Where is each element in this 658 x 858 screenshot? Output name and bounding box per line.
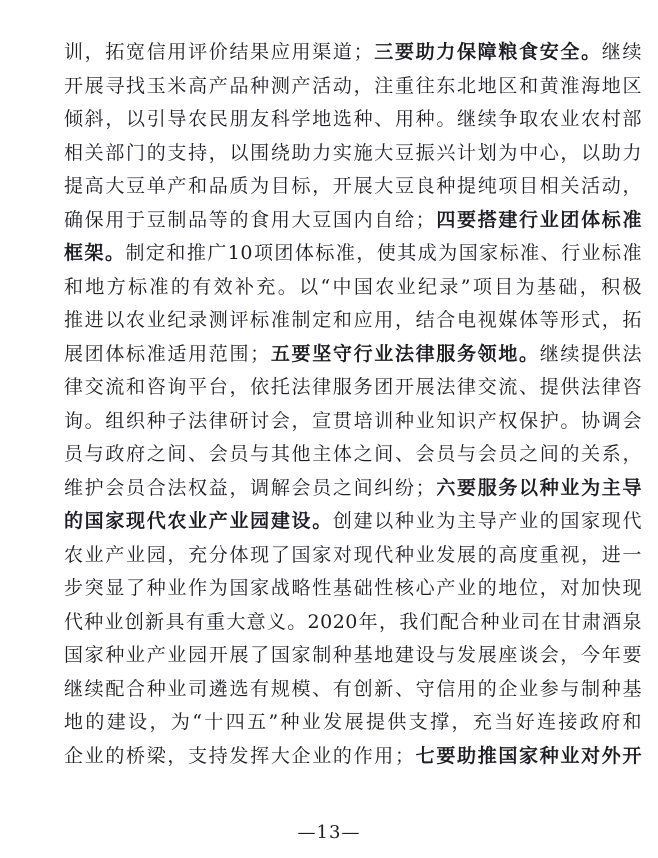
text-segment: 律交流和咨询平台，依托法律服务团开展法律交流、提供法律咨 (64, 376, 642, 398)
text-line: 步突显了种业作为国家战略性基础性核心产业的地位，对加快现 (64, 572, 642, 606)
document-page: 训，拓宽信用评价结果应用渠道；三要助力保障粮食安全。继续开展寻找玉米高产品种测产… (0, 0, 658, 858)
text-line: 企业的桥梁，支持发挥大企业的作用；七要助推国家种业对外开 (64, 740, 642, 774)
text-line: 框架。制定和推广10项团体标准，使其成为国家标准、行业标准 (64, 237, 642, 271)
text-line: 倾斜，以引导农民朋友科学地选种、用种。继续争取农业农村部 (64, 103, 642, 137)
text-line: 国家种业产业园开展了国家制种基地建设与发展座谈会，今年要 (64, 639, 642, 673)
text-line: 推进以农业纪录测评标准制定和应用，结合电视媒体等形式，拓 (64, 304, 642, 338)
text-segment: 创建以种业为主导产业的国家现代 (333, 510, 642, 532)
text-line: 相关部门的支持，以围绕助力实施大豆振兴计划为中心，以助力 (64, 137, 642, 171)
text-segment-bold: 七要助推国家种业对外开 (414, 745, 642, 767)
text-segment: 询。组织种子法律研讨会，宣贯培训种业知识产权保护。协调会 (64, 410, 642, 432)
text-segment: 和地方标准的有效补充。以“中国农业纪录”项目为基础，积极 (64, 276, 642, 298)
text-segment: 倾斜，以引导农民朋友科学地选种、用种。继续争取农业农村部 (64, 108, 642, 130)
text-line: 的国家现代农业产业园建设。创建以种业为主导产业的国家现代 (64, 505, 642, 539)
text-segment-bold: 五要坚守行业法律服务领地。 (270, 343, 540, 365)
text-segment: 维护会员合法权益，调解会员之间纠纷； (64, 477, 435, 499)
text-segment-bold: 四要搭建行业团体标准 (435, 209, 642, 231)
text-segment: 继续配合种业司遴选有规模、有创新、守信用的企业参与制种基 (64, 678, 642, 700)
text-segment: 开展寻找玉米高产品种测产活动，注重往东北地区和黄淮海地区 (64, 75, 642, 97)
text-line: 开展寻找玉米高产品种测产活动，注重往东北地区和黄淮海地区 (64, 70, 642, 104)
text-segment: 提高大豆单产和品质为目标，开展大豆良种提纯项目相关活动， (64, 175, 642, 197)
text-segment-bold: 的国家现代农业产业园建设。 (64, 510, 333, 532)
text-segment: 国家种业产业园开展了国家制种基地建设与发展座谈会，今年要 (64, 644, 642, 666)
text-segment-bold: 框架。 (64, 242, 125, 264)
page-number: —13— (0, 822, 658, 843)
text-segment: 继续 (602, 41, 642, 63)
text-line: 展团体标准适用范围；五要坚守行业法律服务领地。继续提供法 (64, 338, 642, 372)
text-segment: 相关部门的支持，以围绕助力实施大豆振兴计划为中心，以助力 (64, 142, 642, 164)
text-line: 提高大豆单产和品质为目标，开展大豆良种提纯项目相关活动， (64, 170, 642, 204)
text-line: 询。组织种子法律研讨会，宣贯培训种业知识产权保护。协调会 (64, 405, 642, 439)
text-line: 确保用于豆制品等的食用大豆国内自给；四要搭建行业团体标准 (64, 204, 642, 238)
text-segment-bold: 三要助力保障粮食安全。 (373, 41, 602, 63)
text-line: 和地方标准的有效补充。以“中国农业纪录”项目为基础，积极 (64, 271, 642, 305)
text-segment: 员与政府之间、会员与其他主体之间、会员与会员之间的关系， (64, 443, 642, 465)
text-line: 代种业创新具有重大意义。2020年，我们配合种业司在甘肃酒泉 (64, 606, 642, 640)
text-line: 维护会员合法权益，调解会员之间纠纷；六要服务以种业为主导 (64, 472, 642, 506)
text-segment: 地的建设，为“十四五”种业发展提供支撑，充当好连接政府和 (64, 711, 642, 733)
text-segment-bold: 六要服务以种业为主导 (435, 477, 642, 499)
text-segment: 步突显了种业作为国家战略性基础性核心产业的地位，对加快现 (64, 577, 642, 599)
text-line: 继续配合种业司遴选有规模、有创新、守信用的企业参与制种基 (64, 673, 642, 707)
text-line: 训，拓宽信用评价结果应用渠道；三要助力保障粮食安全。继续 (64, 36, 642, 70)
text-line: 员与政府之间、会员与其他主体之间、会员与会员之间的关系， (64, 438, 642, 472)
text-segment: 农业产业园，充分体现了国家对现代种业发展的高度重视，进一 (64, 544, 642, 566)
text-segment: 制定和推广10项团体标准，使其成为国家标准、行业标准 (125, 242, 642, 264)
text-segment: 推进以农业纪录测评标准制定和应用，结合电视媒体等形式，拓 (64, 309, 642, 331)
text-segment: 企业的桥梁，支持发挥大企业的作用； (64, 745, 414, 767)
text-segment: 继续提供法 (540, 343, 642, 365)
document-body-text: 训，拓宽信用评价结果应用渠道；三要助力保障粮食安全。继续开展寻找玉米高产品种测产… (64, 36, 642, 773)
text-line: 地的建设，为“十四五”种业发展提供支撑，充当好连接政府和 (64, 706, 642, 740)
text-segment: 代种业创新具有重大意义。2020年，我们配合种业司在甘肃酒泉 (64, 611, 642, 633)
text-segment: 训，拓宽信用评价结果应用渠道； (64, 41, 373, 63)
text-segment: 确保用于豆制品等的食用大豆国内自给； (64, 209, 435, 231)
text-line: 律交流和咨询平台，依托法律服务团开展法律交流、提供法律咨 (64, 371, 642, 405)
text-segment: 展团体标准适用范围； (64, 343, 270, 365)
text-line: 农业产业园，充分体现了国家对现代种业发展的高度重视，进一 (64, 539, 642, 573)
